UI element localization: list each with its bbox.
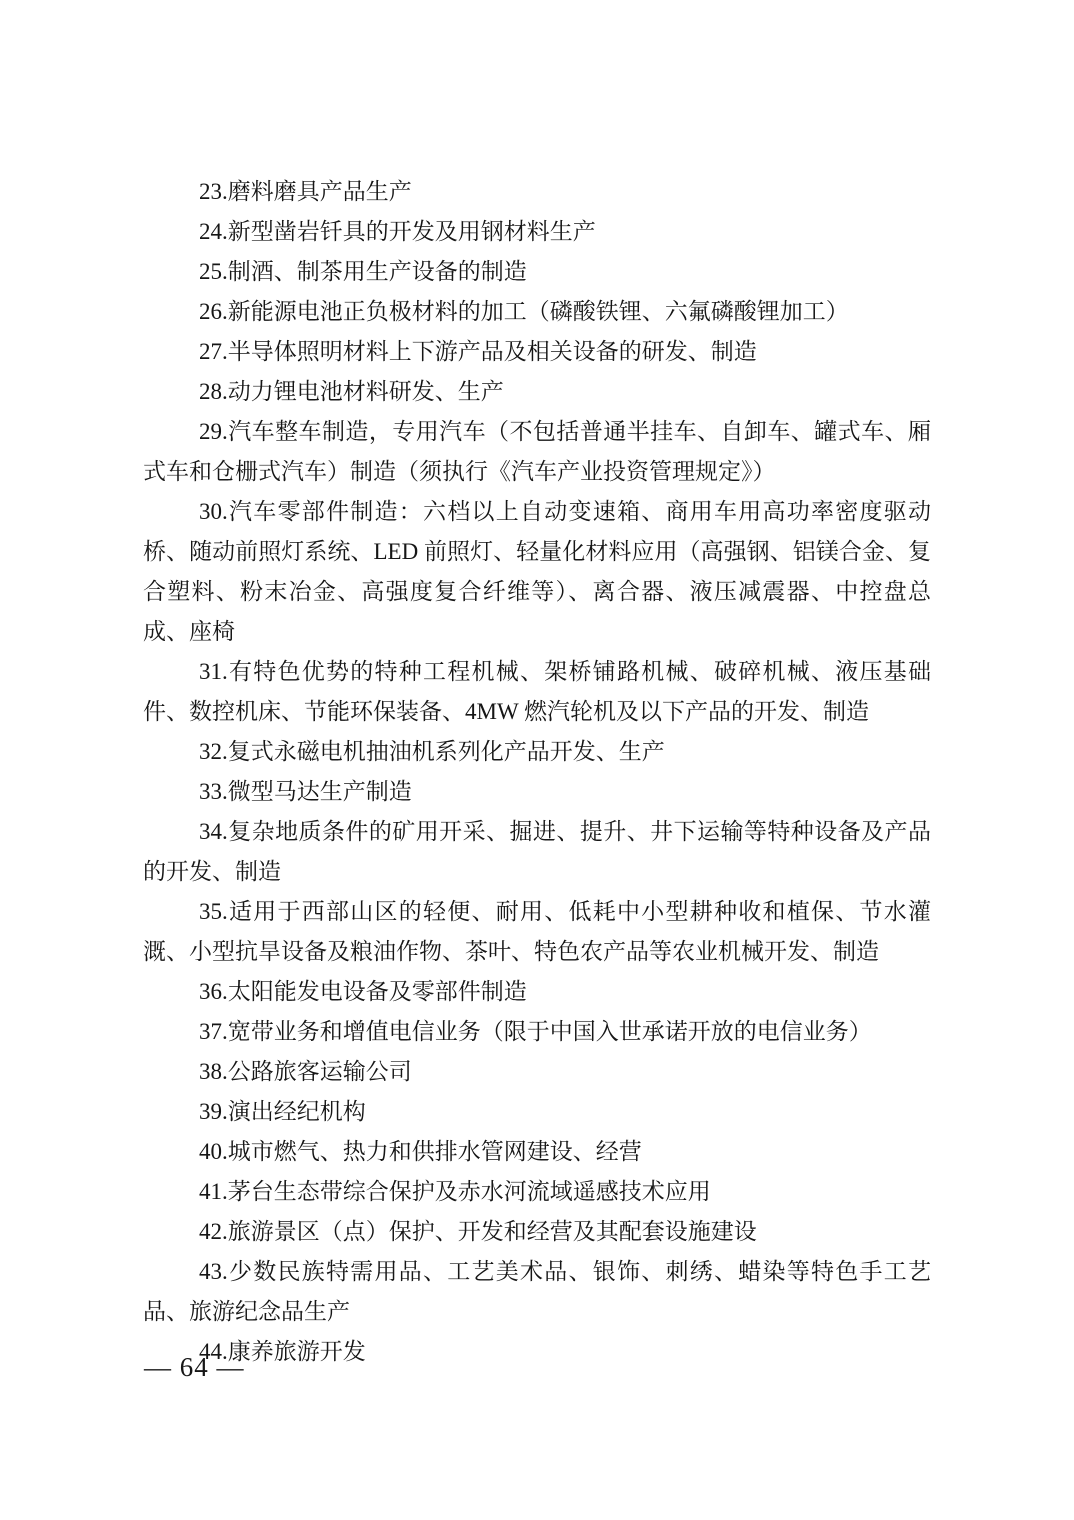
catalog-list: 23.磨料磨具产品生产 24.新型凿岩钎具的开发及用钢材料生产 25.制酒、制茶…	[143, 172, 931, 1372]
list-item-28: 28.动力锂电池材料研发、生产	[143, 372, 931, 412]
list-item-31: 31.有特色优势的特种工程机械、架桥铺路机械、破碎机械、液压基础件、数控机床、节…	[143, 652, 931, 732]
list-item-42: 42.旅游景区（点）保护、开发和经营及其配套设施建设	[143, 1212, 931, 1252]
list-item-32: 32.复式永磁电机抽油机系列化产品开发、生产	[143, 732, 931, 772]
list-item-44: 44.康养旅游开发	[143, 1332, 931, 1372]
list-item-37: 37.宽带业务和增值电信业务（限于中国入世承诺开放的电信业务）	[143, 1012, 931, 1052]
list-item-35: 35.适用于西部山区的轻便、耐用、低耗中小型耕种收和植保、节水灌溉、小型抗旱设备…	[143, 892, 931, 972]
list-item-30: 30.汽车零部件制造：六档以上自动变速箱、商用车用高功率密度驱动桥、随动前照灯系…	[143, 492, 931, 652]
list-item-29: 29.汽车整车制造，专用汽车（不包括普通半挂车、自卸车、罐式车、厢式车和仓栅式汽…	[143, 412, 931, 492]
page-number: — 64 —	[144, 1350, 245, 1384]
list-item-43: 43.少数民族特需用品、工艺美术品、银饰、刺绣、蜡染等特色手工艺品、旅游纪念品生…	[143, 1252, 931, 1332]
list-item-27: 27.半导体照明材料上下游产品及相关设备的研发、制造	[143, 332, 931, 372]
list-item-26: 26.新能源电池正负极材料的加工（磷酸铁锂、六氟磷酸锂加工）	[143, 292, 931, 332]
list-item-23: 23.磨料磨具产品生产	[143, 172, 931, 212]
list-item-34: 34.复杂地质条件的矿用开采、掘进、提升、井下运输等特种设备及产品的开发、制造	[143, 812, 931, 892]
list-item-39: 39.演出经纪机构	[143, 1092, 931, 1132]
list-item-36: 36.太阳能发电设备及零部件制造	[143, 972, 931, 1012]
list-item-38: 38.公路旅客运输公司	[143, 1052, 931, 1092]
list-item-41: 41.茅台生态带综合保护及赤水河流域遥感技术应用	[143, 1172, 931, 1212]
list-item-40: 40.城市燃气、热力和供排水管网建设、经营	[143, 1132, 931, 1172]
document-page: 23.磨料磨具产品生产 24.新型凿岩钎具的开发及用钢材料生产 25.制酒、制茶…	[0, 0, 1074, 1520]
list-item-33: 33.微型马达生产制造	[143, 772, 931, 812]
list-item-24: 24.新型凿岩钎具的开发及用钢材料生产	[143, 212, 931, 252]
list-item-25: 25.制酒、制茶用生产设备的制造	[143, 252, 931, 292]
